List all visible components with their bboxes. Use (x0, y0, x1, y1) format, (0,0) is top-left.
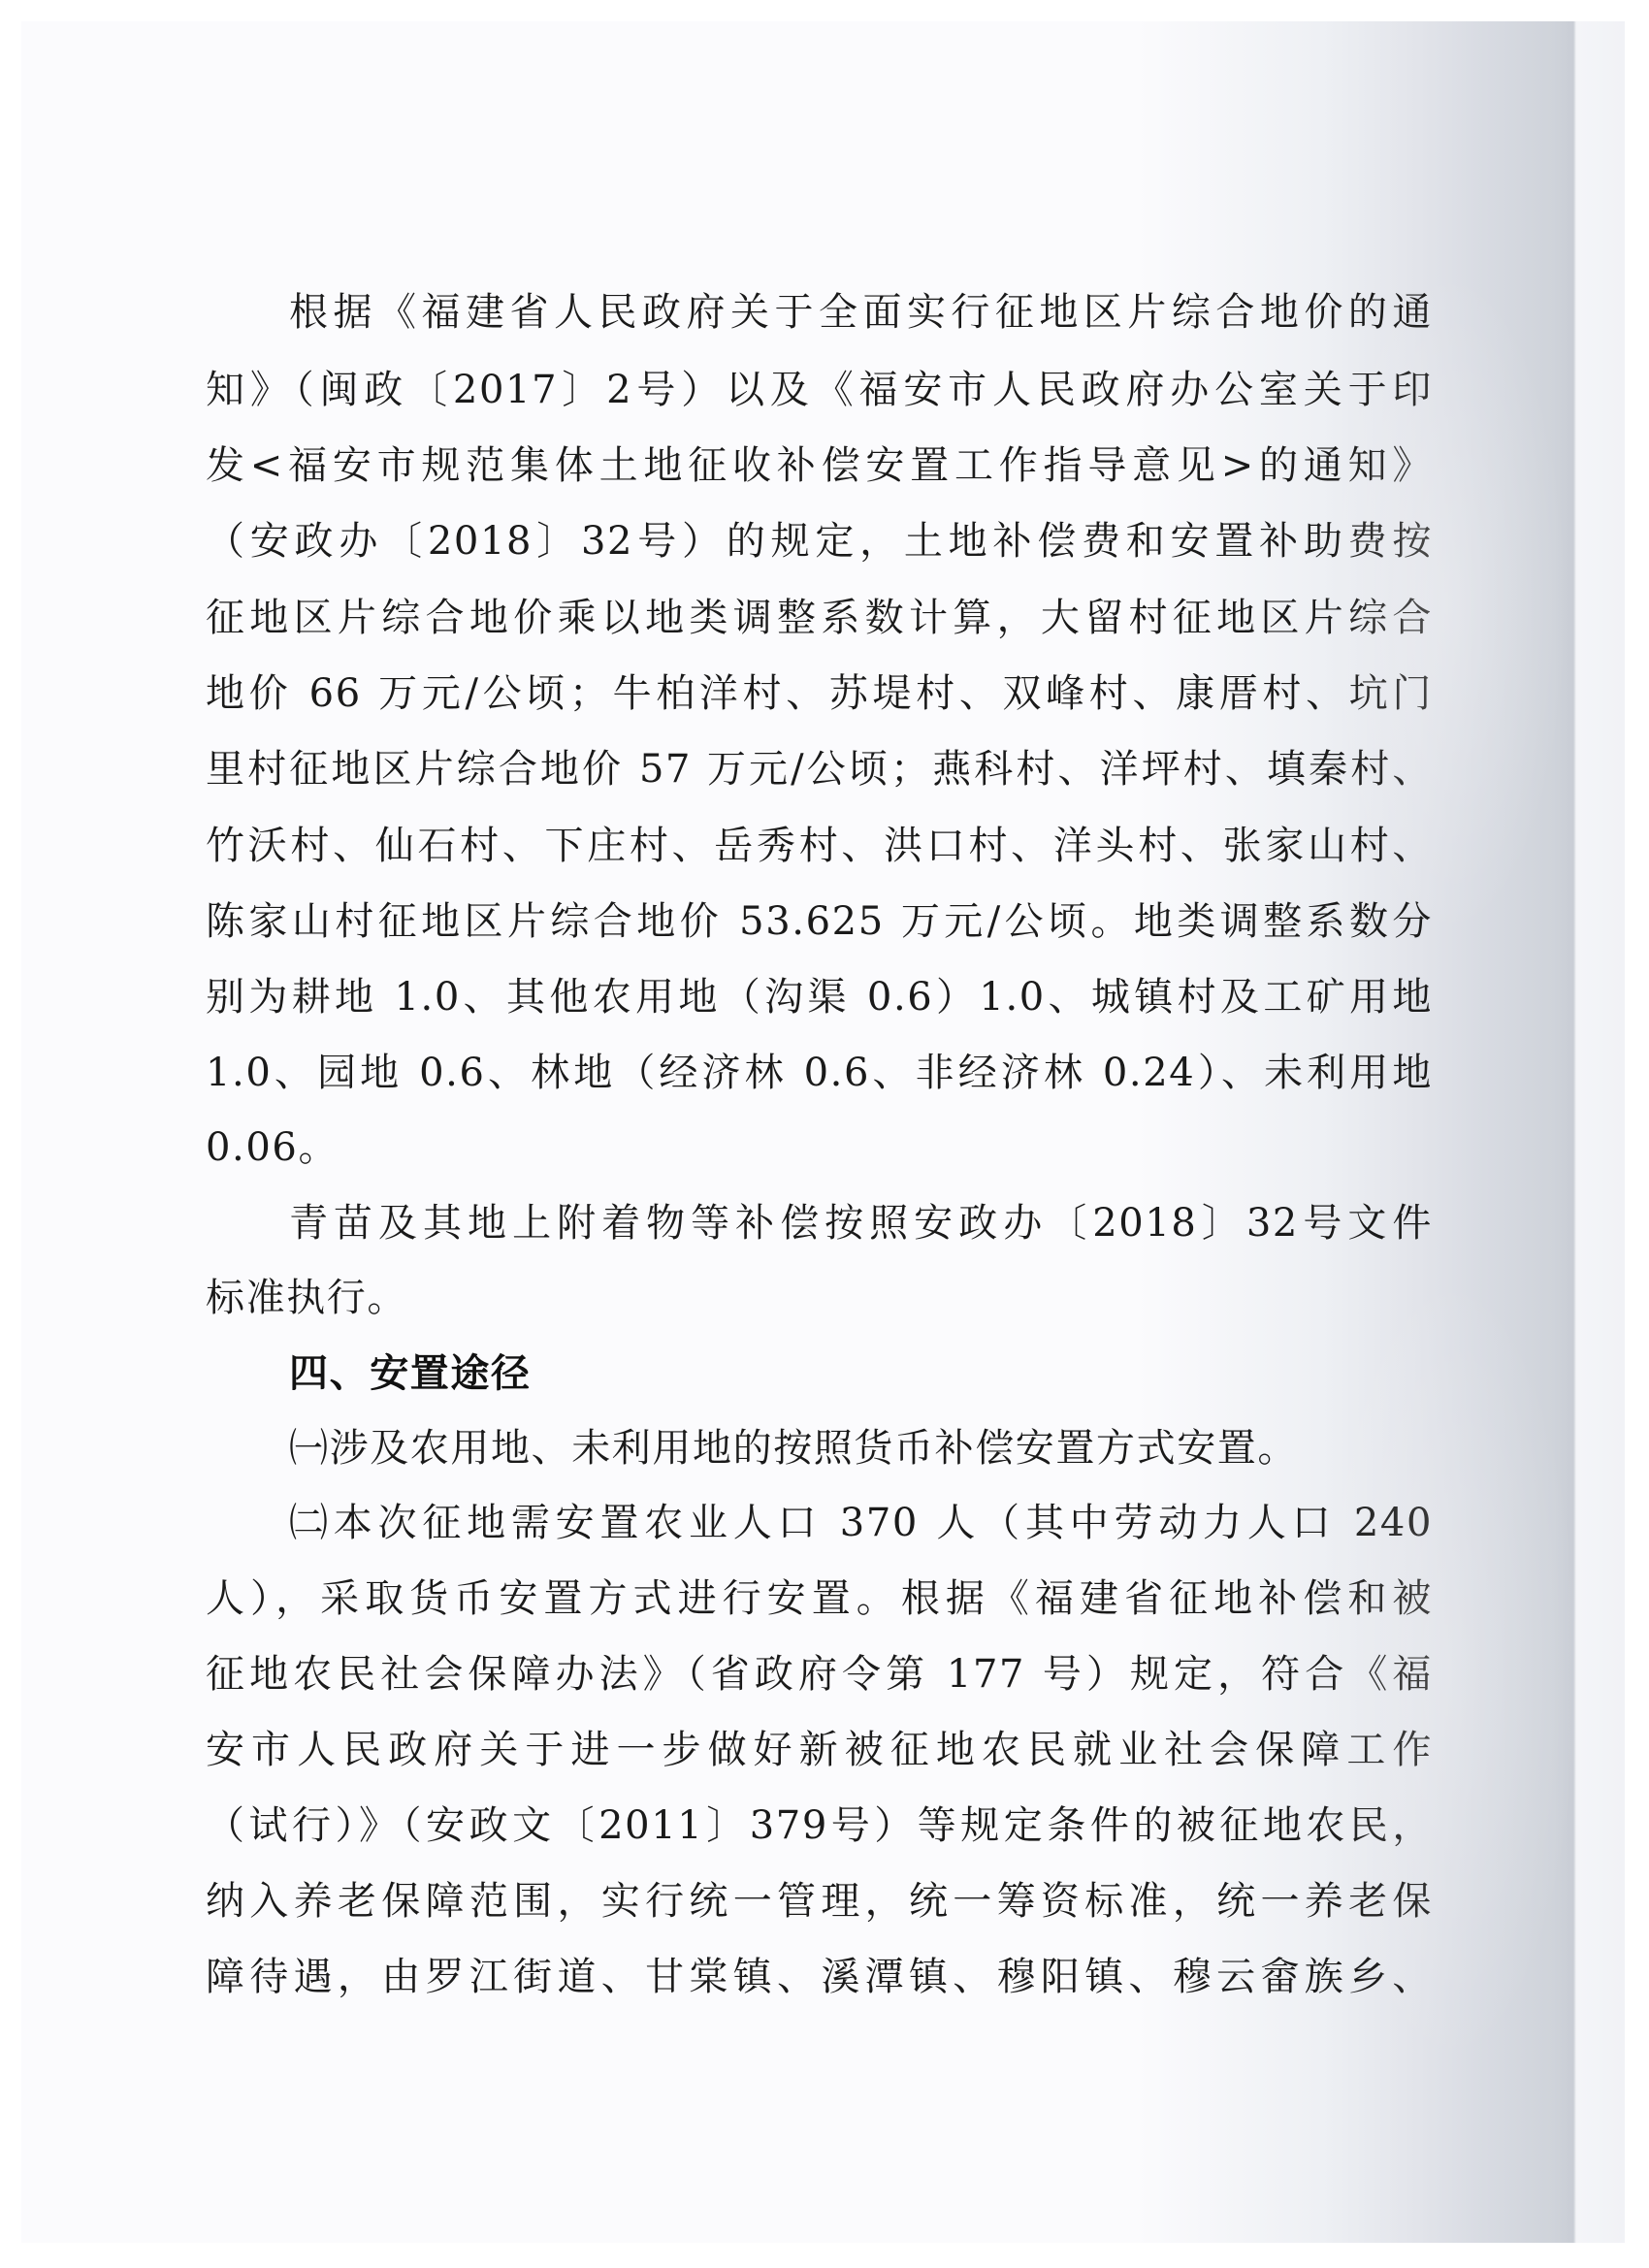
paragraph-1-line-6: 地价 66 万元/公顷；牛柏洋村、苏堤村、双峰村、康厝村、坑门 (206, 664, 1433, 723)
paragraph-1-line-9: 陈家山村征地区片综合地价 53.625 万元/公顷。地类调整系数分 (206, 892, 1433, 951)
item-2-line-2: 人），采取货币安置方式进行安置。根据《福建省征地补偿和被 (206, 1570, 1433, 1628)
item-2-line-7: 障待遇，由罗江街道、甘棠镇、溪潭镇、穆阳镇、穆云畲族乡、 (206, 1948, 1433, 2006)
page-canvas: 根据《福建省人民政府关于全面实行征地区片综合地价的通 知》（闽政〔2017〕2号… (0, 0, 1649, 2268)
item-2-line-6: 纳入养老保障范围，实行统一管理，统一筹资标准，统一养老保 (206, 1872, 1433, 1930)
paragraph-1-line-4: （安政办〔2018〕32号）的规定，土地补偿费和安置补助费按 (206, 512, 1433, 570)
paragraph-1-line-11: 1.0、园地 0.6、林地（经济林 0.6、非经济林 0.24）、未利用地 (206, 1044, 1433, 1102)
scanned-page: 根据《福建省人民政府关于全面实行征地区片综合地价的通 知》（闽政〔2017〕2号… (21, 21, 1625, 2243)
paragraph-1-line-10: 别为耕地 1.0、其他农用地（沟渠 0.6）1.0、城镇村及工矿用地 (206, 968, 1433, 1026)
paragraph-1-line-1: 根据《福建省人民政府关于全面实行征地区片综合地价的通 (206, 283, 1433, 341)
paragraph-1-line-5: 征地区片综合地价乘以地类调整系数计算，大留村征地区片综合 (206, 589, 1433, 647)
paragraph-1-line-2: 知》（闽政〔2017〕2号）以及《福安市人民政府办公室关于印 (206, 361, 1433, 419)
paragraph-1-line-7: 里村征地区片综合地价 57 万元/公顷；燕科村、洋坪村、填秦村、 (206, 740, 1433, 798)
item-2-line-3: 征地农民社会保障办法》（省政府令第 177 号）规定，符合《福 (206, 1645, 1433, 1703)
item-2-line-1: ㈡本次征地需安置农业人口 370 人（其中劳动力人口 240 (206, 1494, 1433, 1552)
item-2-line-4: 安市人民政府关于进一步做好新被征地农民就业社会保障工作 (206, 1721, 1433, 1779)
item-1-line-1: ㈠涉及农用地、未利用地的按照货币补偿安置方式安置。 (206, 1419, 1298, 1477)
paragraph-1-line-3: 发<福安市规范集体土地征收补偿安置工作指导意见>的通知》 (206, 437, 1433, 495)
paragraph-1-line-12: 0.06。 (206, 1118, 339, 1177)
item-2-line-5: （试行）》（安政文〔2011〕379号）等规定条件的被征地农民， (206, 1797, 1433, 1855)
paragraph-2-line-2: 标准执行。 (206, 1269, 407, 1327)
paragraph-2-line-1: 青苗及其地上附着物等补偿按照安政办〔2018〕32号文件 (206, 1194, 1433, 1252)
paragraph-1-line-8: 竹沃村、仙石村、下庄村、岳秀村、洪口村、洋头村、张家山村、 (206, 817, 1433, 875)
section-heading: 四、安置途径 (206, 1345, 532, 1403)
